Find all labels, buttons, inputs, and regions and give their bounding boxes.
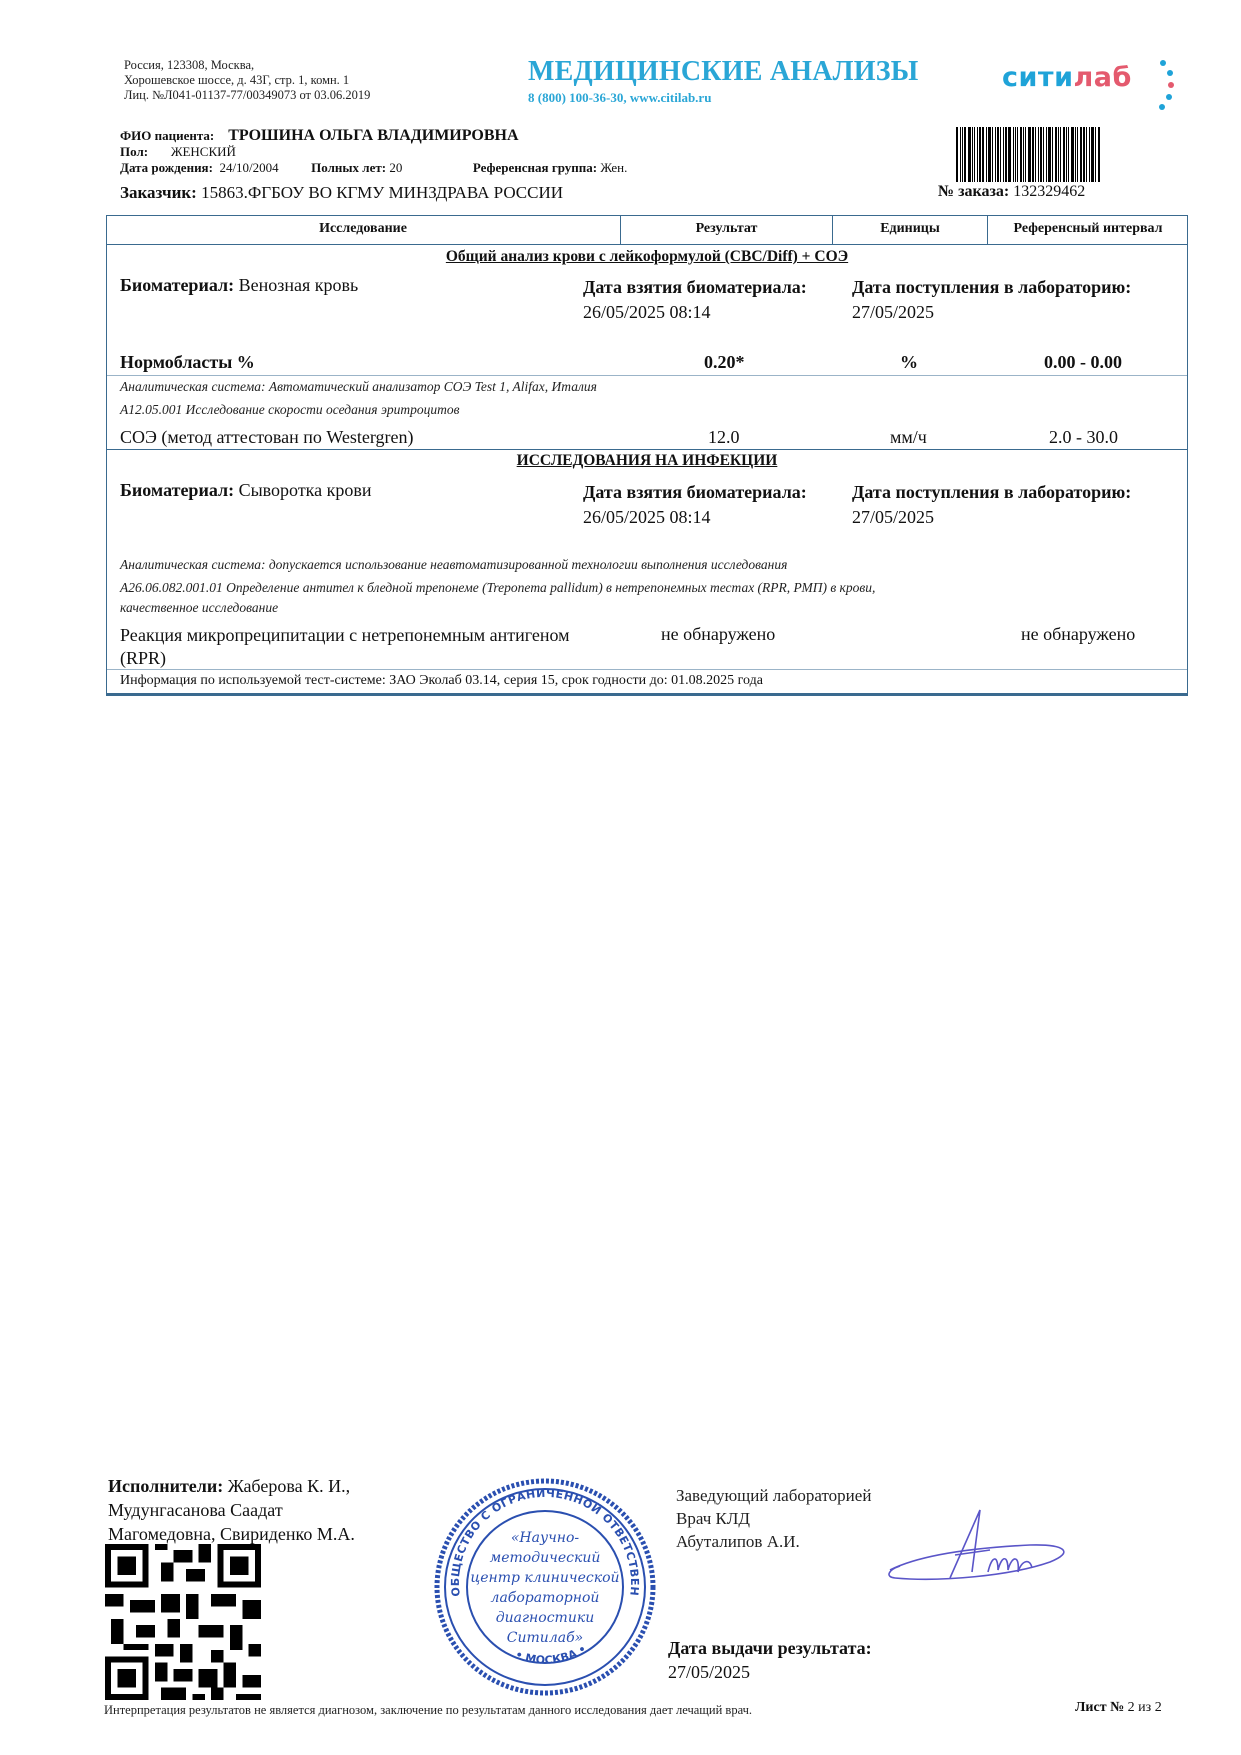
order-number: № заказа: 132329462 <box>938 183 1085 201</box>
section-title-cbc: Общий анализ крови с лейкоформулой (CBC/… <box>106 248 1188 266</box>
received-value: 27/05/2025 <box>852 505 1131 530</box>
ref-esr: 2.0 - 30.0 <box>1049 427 1118 448</box>
received-label: Дата поступления в лабораторию: <box>852 275 1131 300</box>
result-esr: 12.0 <box>708 427 740 448</box>
received-value: 27/05/2025 <box>852 300 1131 325</box>
sex-label: Пол: <box>120 144 148 159</box>
col-header-units: Единицы <box>833 215 988 244</box>
executor-name: Жаберова К. И., <box>228 1476 350 1496</box>
lab-received-date: Дата поступления в лабораторию: 27/05/20… <box>852 480 1131 530</box>
brand-title: МЕДИЦИНСКИЕ АНАЛИЗЫ <box>528 56 918 88</box>
executor-name: Магомедовна, Свириденко М.А. <box>108 1522 428 1546</box>
col-header-reference: Референсный интервал <box>988 215 1188 244</box>
test-name-line: Реакция микропреципитации с нетрепонемны… <box>120 624 570 647</box>
stamp-line: «Научно- <box>511 1530 580 1546</box>
test-code-note: A26.06.082.001.01 Определение антител к … <box>120 580 875 596</box>
received-label: Дата поступления в лабораторию: <box>852 480 1131 505</box>
address-line: Хорошевское шоссе, д. 43Г, стр. 1, комн.… <box>124 73 370 88</box>
dob-value: 24/10/2004 <box>219 160 278 175</box>
signature-icon <box>880 1500 1080 1590</box>
customer-value: 15863.ФГБОУ ВО КГМУ МИНЗДРАВА РОССИИ <box>201 183 563 202</box>
customer-label: Заказчик: <box>120 183 197 202</box>
biomaterial: Биоматериал: Венозная кровь <box>120 275 358 296</box>
page-current: 2 <box>1128 1700 1135 1715</box>
taken-label: Дата взятия биоматериала: <box>583 275 807 300</box>
biomaterial-label: Биоматериал: <box>120 480 234 500</box>
test-code-note: A12.05.001 Исследование скорости оседани… <box>120 402 460 418</box>
unit-esr: мм/ч <box>890 427 927 448</box>
dob-label: Дата рождения: <box>120 160 213 175</box>
ref-group-value: Жен. <box>600 160 627 175</box>
page-of: из <box>1138 1700 1151 1715</box>
analytic-system-note: Аналитическая система: Автоматический ан… <box>120 379 597 395</box>
stamp-line: центр клинической <box>470 1570 619 1586</box>
head-lab-name: Абуталипов А.И. <box>676 1530 871 1553</box>
executors-label: Исполнители: <box>108 1476 223 1496</box>
sample-taken-date: Дата взятия биоматериала: 26/05/2025 08:… <box>583 275 807 325</box>
logo-dots-icon <box>1158 60 1174 110</box>
row-divider <box>107 375 1187 376</box>
sample-taken-date: Дата взятия биоматериала: 26/05/2025 08:… <box>583 480 807 530</box>
test-name-line: (RPR) <box>120 647 570 670</box>
unit-normoblasts: % <box>900 352 918 373</box>
customer: Заказчик: 15863.ФГБОУ ВО КГМУ МИНЗДРАВА … <box>120 183 563 203</box>
test-system-info: Информация по используемой тест-системе:… <box>120 673 763 689</box>
biomaterial-value: Венозная кровь <box>239 275 359 295</box>
taken-value: 26/05/2025 08:14 <box>583 300 807 325</box>
patient-info: ФИО пациента:ТРОШИНА ОЛЬГА ВЛАДИМИРОВНА … <box>120 128 627 176</box>
age-value: 20 <box>389 160 402 175</box>
col-header-test: Исследование <box>106 215 621 244</box>
result-rpr: не обнаружено <box>661 624 775 645</box>
stamp-line: методический <box>490 1550 601 1566</box>
lab-received-date: Дата поступления в лабораторию: 27/05/20… <box>852 275 1131 325</box>
address-line: Россия, 123308, Москва, <box>124 58 370 73</box>
biomaterial: Биоматериал: Сыворотка крови <box>120 480 372 501</box>
table-header: Исследование Результат Единицы Референсн… <box>106 215 1188 245</box>
stamp-line: Ситилаб» <box>507 1630 583 1646</box>
logo-part-1: сити <box>1002 62 1074 93</box>
test-name-esr: СОЭ (метод аттестован по Westergren) <box>120 427 414 448</box>
ref-normoblasts: 0.00 - 0.00 <box>1044 352 1122 373</box>
lab-stamp-icon: ОБЩЕСТВО С ОГРАНИЧЕННОЙ ОТВЕТСТВЕННОСТЬЮ… <box>432 1476 658 1698</box>
biomaterial-value: Сыворотка крови <box>239 480 372 500</box>
issue-value: 27/05/2025 <box>668 1660 872 1684</box>
head-of-lab: Заведующий лабораторией Врач КЛД Абутали… <box>676 1484 871 1553</box>
test-name-normoblasts: Нормобласты % <box>120 352 255 373</box>
section-divider <box>107 449 1187 450</box>
page-number: Лист № 2 из 2 <box>1075 1700 1162 1716</box>
col-header-result: Результат <box>621 215 833 244</box>
result-issue-date: Дата выдачи результата: 27/05/2025 <box>668 1636 872 1684</box>
stamp-line: диагностики <box>496 1610 594 1626</box>
sex-value: ЖЕНСКИЙ <box>171 144 236 159</box>
row-divider <box>107 669 1187 670</box>
result-normoblasts: 0.20* <box>704 352 745 373</box>
patient-name-label: ФИО пациента: <box>120 128 214 143</box>
page-label: Лист № <box>1075 1700 1124 1715</box>
issue-label: Дата выдачи результата: <box>668 1636 872 1660</box>
head-lab-title: Заведующий лабораторией <box>676 1484 871 1507</box>
logo-part-2: лаб <box>1074 62 1132 93</box>
executor-name: Мудунгасанова Саадат <box>108 1498 428 1522</box>
citilab-logo: ситилаб <box>1002 62 1132 93</box>
order-label: № заказа: <box>938 183 1009 200</box>
ref-group-label: Референсная группа: <box>473 160 597 175</box>
age-label: Полных лет: <box>311 160 386 175</box>
executors: Исполнители: Жаберова К. И., Мудунгасано… <box>108 1474 428 1546</box>
section-title-infections: ИССЛЕДОВАНИЯ НА ИНФЕКЦИИ <box>106 452 1188 470</box>
brand-contacts: 8 (800) 100-36-30, www.citilab.ru <box>528 90 711 106</box>
qr-code[interactable] <box>105 1544 261 1700</box>
patient-name: ТРОШИНА ОЛЬГА ВЛАДИМИРОВНА <box>228 127 518 144</box>
test-name-rpr: Реакция микропреципитации с нетрепонемны… <box>120 624 570 670</box>
ref-rpr: не обнаружено <box>1021 624 1135 645</box>
taken-value: 26/05/2025 08:14 <box>583 505 807 530</box>
test-code-note-cont: качественное исследование <box>120 600 278 616</box>
license-line: Лиц. №Л041-01137-77/00349073 от 03.06.20… <box>124 88 370 103</box>
lab-address: Россия, 123308, Москва, Хорошевское шосс… <box>124 58 370 103</box>
biomaterial-label: Биоматериал: <box>120 275 234 295</box>
analytic-system-note: Аналитическая система: допускается испол… <box>120 557 787 573</box>
disclaimer: Интерпретация результатов не является ди… <box>104 1703 752 1718</box>
taken-label: Дата взятия биоматериала: <box>583 480 807 505</box>
page-total: 2 <box>1155 1700 1162 1715</box>
order-barcode <box>956 127 1112 182</box>
stamp-line: лабораторной <box>491 1590 600 1606</box>
order-value: 132329462 <box>1013 183 1085 200</box>
head-lab-role: Врач КЛД <box>676 1507 871 1530</box>
